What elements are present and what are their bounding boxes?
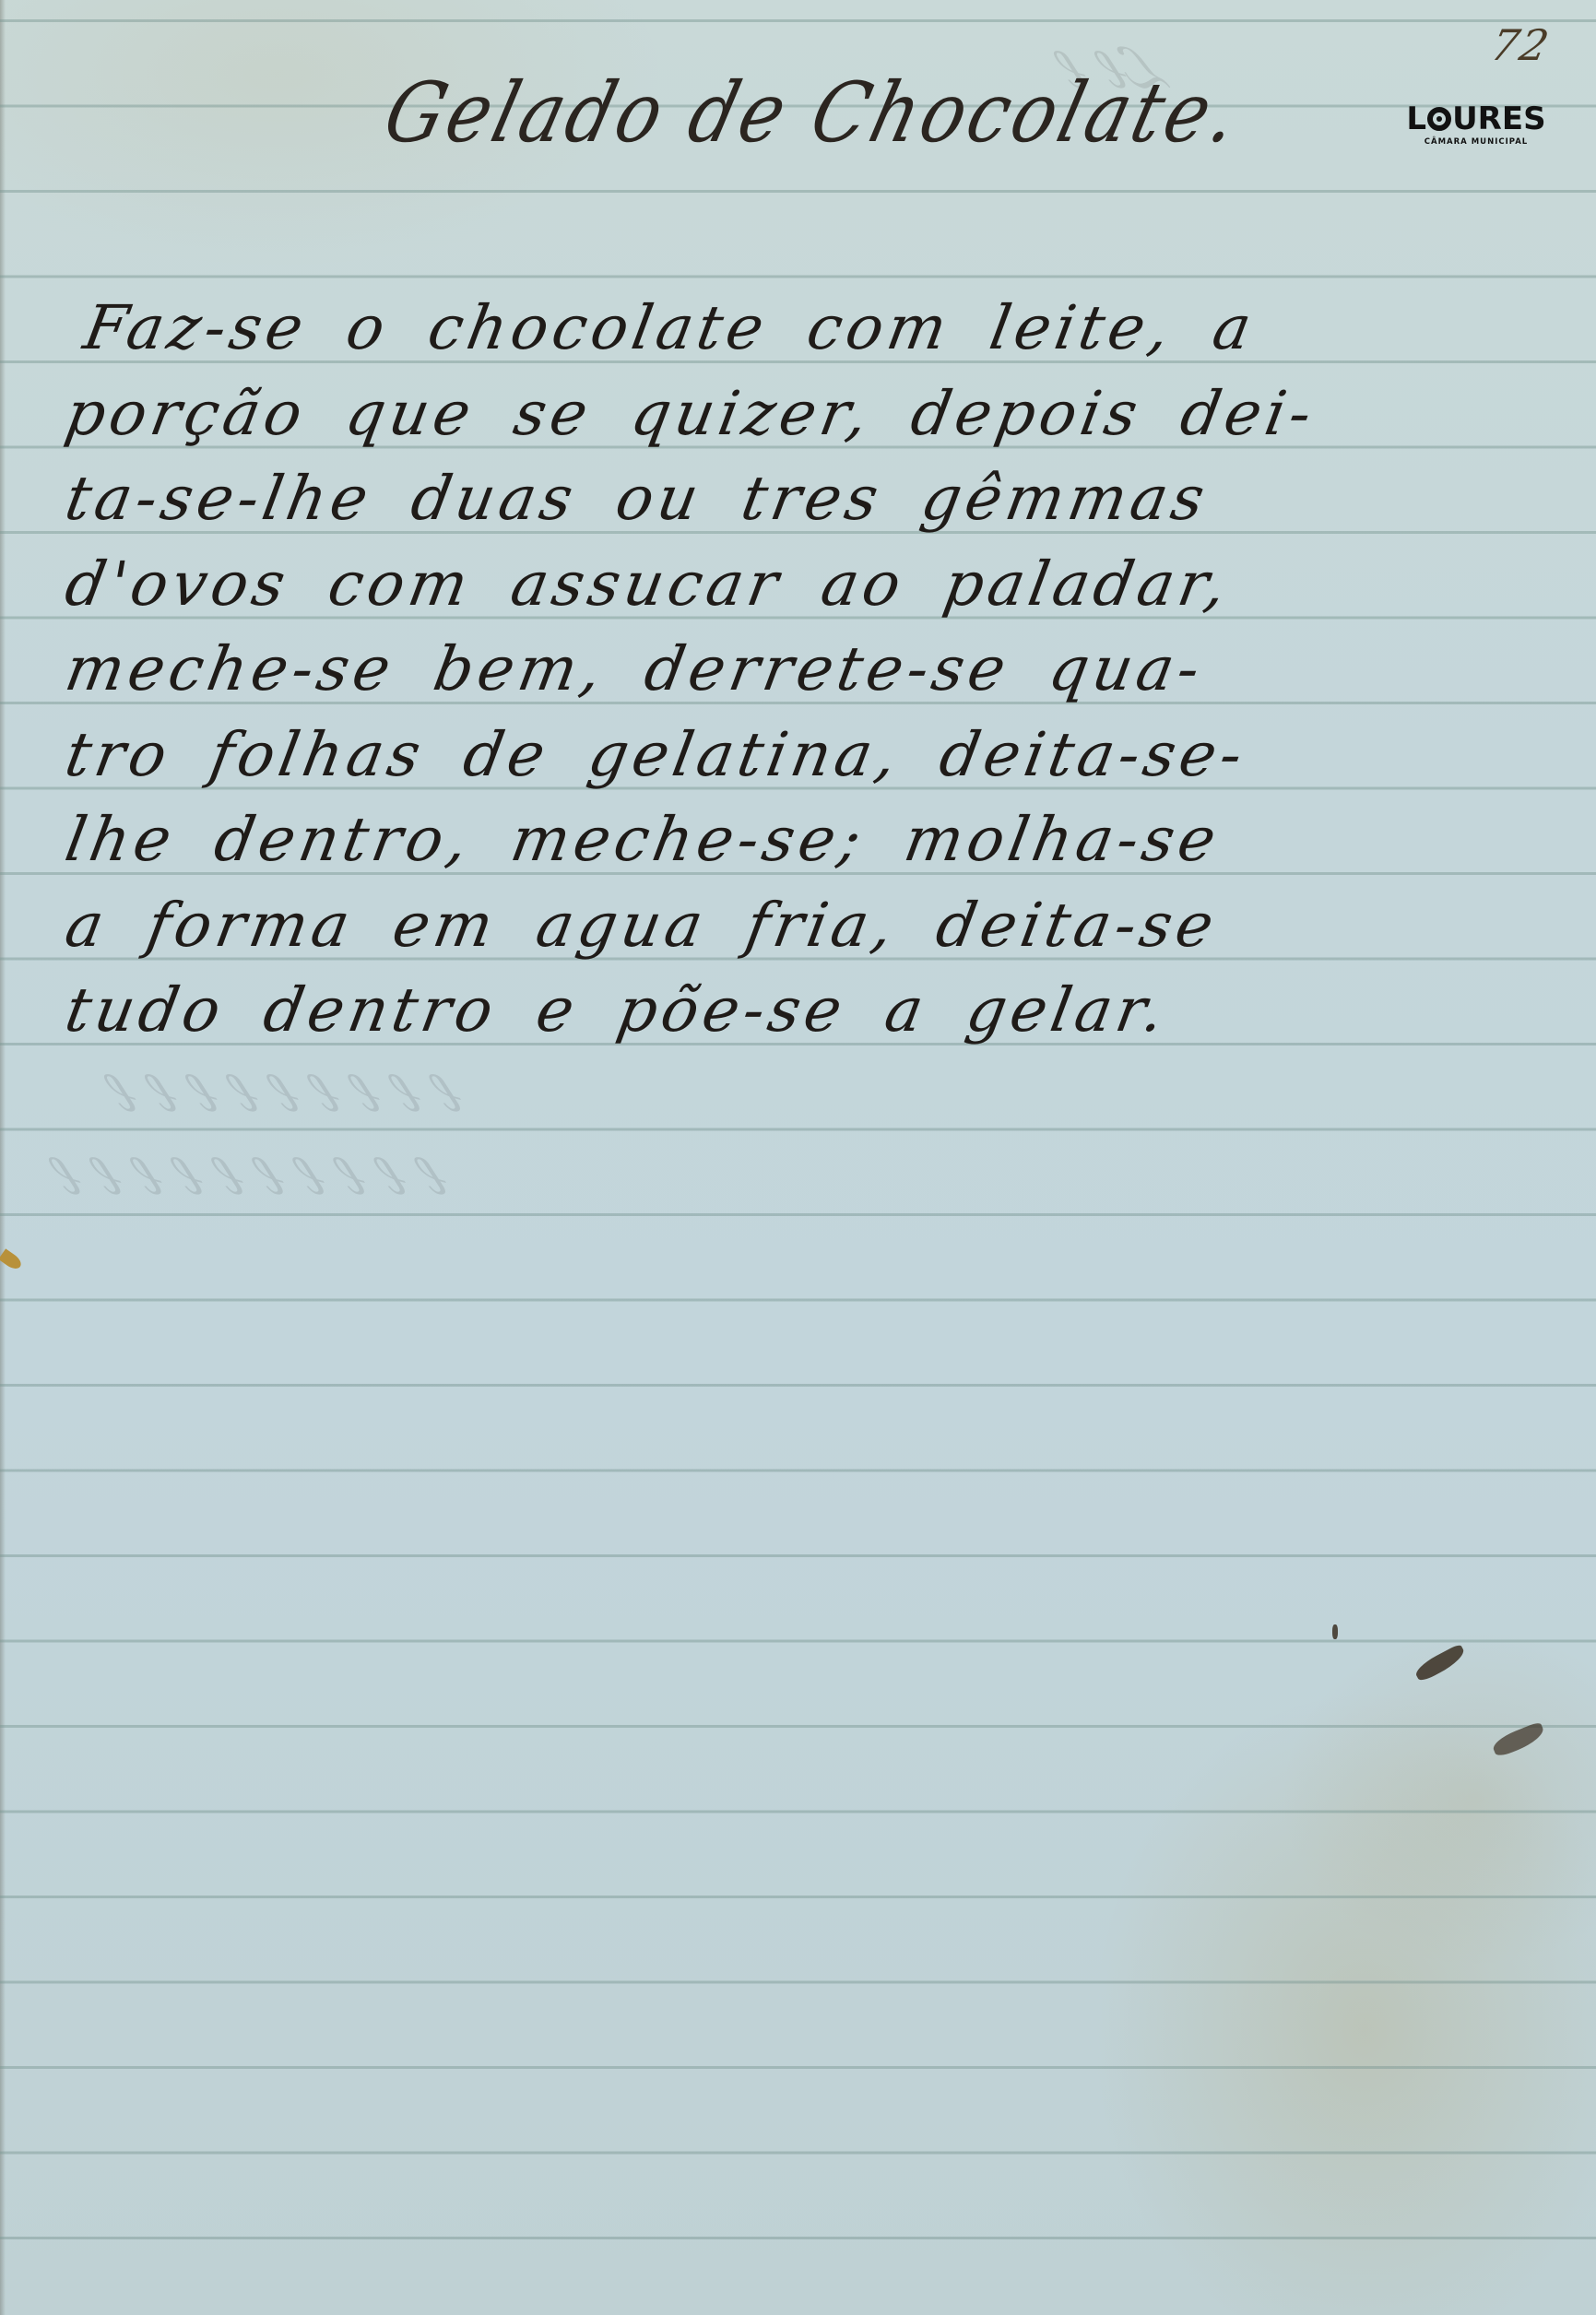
bleed-through-text: ℓ ℓ ℓ ℓ ℓ ℓ ℓ ℓ ℓ ℓ bbox=[41, 1143, 459, 1208]
loures-o-target-icon bbox=[1427, 107, 1451, 131]
text-line: porção que se quizer, depois dei- bbox=[59, 372, 1586, 457]
page-edge-shadow bbox=[0, 0, 6, 2315]
logo-wordmark: L URES bbox=[1402, 103, 1550, 135]
logo-letter-l: L bbox=[1406, 103, 1426, 135]
recipe-title: Gelado de Chocolate. bbox=[375, 65, 1251, 161]
logo-letters-ures: URES bbox=[1452, 103, 1546, 135]
recipe-body: Faz-se o chocolate com leite, a porção q… bbox=[66, 286, 1578, 1054]
ink-blot bbox=[1413, 1643, 1468, 1683]
ink-blot bbox=[1490, 1721, 1546, 1758]
text-line: ta-se-lhe duas ou tres gêmmas bbox=[59, 456, 1586, 542]
text-line: d'ovos com assucar ao paladar, bbox=[59, 542, 1586, 628]
logo-subtitle: CÂMARA MUNICIPAL bbox=[1402, 137, 1550, 147]
text-line: tro folhas de gelatina, deita-se- bbox=[59, 713, 1586, 798]
page-number: 72 bbox=[1486, 20, 1555, 70]
loures-logo-watermark: L URES CÂMARA MUNICIPAL bbox=[1402, 103, 1550, 147]
text-line: lhe dentro, meche-se; molha-se bbox=[59, 797, 1586, 883]
bleed-through-text: ℓ ℓ ℓ ℓ ℓ ℓ ℓ ℓ ℓ bbox=[96, 1060, 474, 1125]
ink-blot bbox=[1332, 1624, 1338, 1639]
text-line: tudo dentro e põe-se a gelar. bbox=[59, 968, 1586, 1054]
text-line: a forma em agua fria, deita-se bbox=[59, 883, 1586, 969]
text-line: Faz-se o chocolate com leite, a bbox=[59, 286, 1586, 372]
text-line: meche-se bem, derrete-se qua- bbox=[59, 627, 1586, 713]
